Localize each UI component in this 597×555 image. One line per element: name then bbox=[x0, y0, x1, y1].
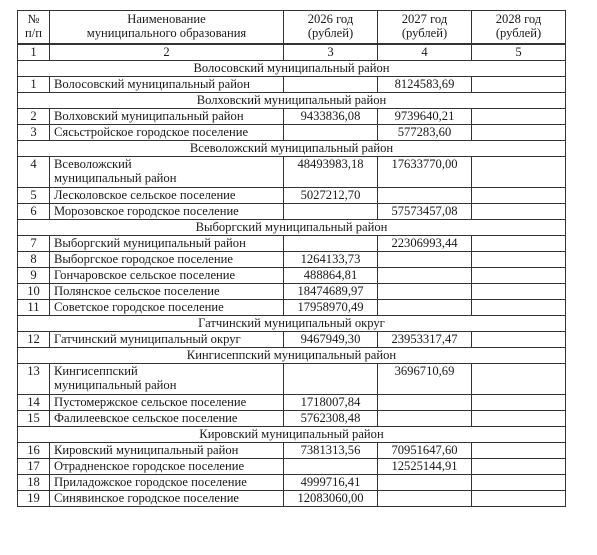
header-2028-line2: (рублей) bbox=[496, 26, 541, 40]
value-2026: 7381313,56 bbox=[284, 443, 378, 459]
header-number-line2: п/п bbox=[25, 26, 42, 40]
row-name: Выборгский муниципальный район bbox=[50, 236, 284, 252]
row-name-line2: муниципальный район bbox=[54, 171, 176, 185]
group-title: Всеволожский муниципальный район bbox=[18, 141, 566, 157]
value-2027 bbox=[378, 268, 472, 284]
header-2026: 2026 год (рублей) bbox=[284, 11, 378, 45]
value-2028 bbox=[472, 252, 566, 268]
value-2026 bbox=[284, 204, 378, 220]
row-number: 6 bbox=[18, 204, 50, 220]
header-2026-line2: (рублей) bbox=[308, 26, 353, 40]
column-number: 5 bbox=[472, 44, 566, 61]
value-2027 bbox=[378, 188, 472, 204]
row-name: Отрадненское городское поселение bbox=[50, 459, 284, 475]
row-name: Советское городское поселение bbox=[50, 300, 284, 316]
table-row: 13Кингисеппскиймуниципальный район369671… bbox=[18, 364, 566, 395]
row-number: 16 bbox=[18, 443, 50, 459]
value-2027: 8124583,69 bbox=[378, 77, 472, 93]
table-row: 8Выборгское городское поселение1264133,7… bbox=[18, 252, 566, 268]
value-2028 bbox=[472, 364, 566, 395]
table-row: 12Гатчинский муниципальный округ9467949,… bbox=[18, 332, 566, 348]
row-name: Полянское сельское поселение bbox=[50, 284, 284, 300]
row-number: 3 bbox=[18, 125, 50, 141]
row-name: Кировский муниципальный район bbox=[50, 443, 284, 459]
value-2026: 48493983,18 bbox=[284, 157, 378, 188]
table-row: 9Гончаровское сельское поселение488864,8… bbox=[18, 268, 566, 284]
value-2026 bbox=[284, 459, 378, 475]
value-2028 bbox=[472, 188, 566, 204]
value-2028 bbox=[472, 157, 566, 188]
group-header-row: Волосовский муниципальный район bbox=[18, 61, 566, 77]
table-row: 19Синявинское городское поселение1208306… bbox=[18, 491, 566, 507]
group-header-row: Кингисеппский муниципальный район bbox=[18, 348, 566, 364]
row-name: Фалилеевское сельское поселение bbox=[50, 411, 284, 427]
row-name: Выборгское городское поселение bbox=[50, 252, 284, 268]
value-2026 bbox=[284, 236, 378, 252]
table-row: 16Кировский муниципальный район7381313,5… bbox=[18, 443, 566, 459]
table-row: 15Фалилеевское сельское поселение5762308… bbox=[18, 411, 566, 427]
value-2026: 5762308,48 bbox=[284, 411, 378, 427]
row-name: Синявинское городское поселение bbox=[50, 491, 284, 507]
header-name-line2: муниципального образования bbox=[87, 26, 246, 40]
row-number: 15 bbox=[18, 411, 50, 427]
table-row: 14Пустомержское сельское поселение171800… bbox=[18, 395, 566, 411]
table-row: 18Приладожское городское поселение499971… bbox=[18, 475, 566, 491]
table-row: 1Волосовский муниципальный район8124583,… bbox=[18, 77, 566, 93]
table-row: 3Сясьстройское городское поселение577283… bbox=[18, 125, 566, 141]
header-name-line1: Наименование bbox=[127, 12, 205, 26]
value-2027: 12525144,91 bbox=[378, 459, 472, 475]
row-number: 17 bbox=[18, 459, 50, 475]
value-2027 bbox=[378, 475, 472, 491]
row-number: 10 bbox=[18, 284, 50, 300]
group-header-row: Волховский муниципальный район bbox=[18, 93, 566, 109]
header-row: № п/п Наименование муниципального образо… bbox=[18, 11, 566, 45]
row-name: Волховский муниципальный район bbox=[50, 109, 284, 125]
value-2026 bbox=[284, 125, 378, 141]
column-number: 4 bbox=[378, 44, 472, 61]
column-number: 1 bbox=[18, 44, 50, 61]
row-name: Лесколовское сельское поселение bbox=[50, 188, 284, 204]
value-2028 bbox=[472, 77, 566, 93]
column-number: 2 bbox=[50, 44, 284, 61]
header-number-line1: № bbox=[27, 12, 39, 26]
table-row: 4Всеволожскиймуниципальный район48493983… bbox=[18, 157, 566, 188]
group-title: Волосовский муниципальный район bbox=[18, 61, 566, 77]
table-row: 2Волховский муниципальный район9433836,0… bbox=[18, 109, 566, 125]
value-2027: 57573457,08 bbox=[378, 204, 472, 220]
value-2026: 4999716,41 bbox=[284, 475, 378, 491]
column-number-row: 1 2 3 4 5 bbox=[18, 44, 566, 61]
table-row: 10Полянское сельское поселение18474689,9… bbox=[18, 284, 566, 300]
row-name: Морозовское городское поселение bbox=[50, 204, 284, 220]
row-name: Приладожское городское поселение bbox=[50, 475, 284, 491]
row-number: 1 bbox=[18, 77, 50, 93]
group-title: Кингисеппский муниципальный район bbox=[18, 348, 566, 364]
group-title: Выборгский муниципальный район bbox=[18, 220, 566, 236]
table-row: 11Советское городское поселение17958970,… bbox=[18, 300, 566, 316]
group-title: Волховский муниципальный район bbox=[18, 93, 566, 109]
header-2027-line2: (рублей) bbox=[402, 26, 447, 40]
group-header-row: Гатчинский муниципальный округ bbox=[18, 316, 566, 332]
value-2026: 9433836,08 bbox=[284, 109, 378, 125]
value-2027 bbox=[378, 252, 472, 268]
row-number: 9 bbox=[18, 268, 50, 284]
value-2028 bbox=[472, 109, 566, 125]
value-2026 bbox=[284, 364, 378, 395]
row-number: 8 bbox=[18, 252, 50, 268]
row-number: 18 bbox=[18, 475, 50, 491]
value-2028 bbox=[472, 395, 566, 411]
value-2026: 17958970,49 bbox=[284, 300, 378, 316]
value-2027: 23953317,47 bbox=[378, 332, 472, 348]
header-name: Наименование муниципального образования bbox=[50, 11, 284, 45]
row-number: 5 bbox=[18, 188, 50, 204]
row-name: Всеволожскиймуниципальный район bbox=[50, 157, 284, 188]
value-2026: 1264133,73 bbox=[284, 252, 378, 268]
value-2028 bbox=[472, 475, 566, 491]
value-2028 bbox=[472, 411, 566, 427]
group-header-row: Всеволожский муниципальный район bbox=[18, 141, 566, 157]
row-name: Пустомержское сельское поселение bbox=[50, 395, 284, 411]
table-row: 6Морозовское городское поселение57573457… bbox=[18, 204, 566, 220]
value-2028 bbox=[472, 236, 566, 252]
row-number: 4 bbox=[18, 157, 50, 188]
column-number: 3 bbox=[284, 44, 378, 61]
value-2027 bbox=[378, 491, 472, 507]
table-row: 17Отрадненское городское поселение125251… bbox=[18, 459, 566, 475]
value-2027 bbox=[378, 395, 472, 411]
header-2027-line1: 2027 год bbox=[402, 12, 448, 26]
group-title: Кировский муниципальный район bbox=[18, 427, 566, 443]
value-2027: 577283,60 bbox=[378, 125, 472, 141]
table-row: 5Лесколовское сельское поселение5027212,… bbox=[18, 188, 566, 204]
row-name: Волосовский муниципальный район bbox=[50, 77, 284, 93]
value-2026: 488864,81 bbox=[284, 268, 378, 284]
value-2026: 1718007,84 bbox=[284, 395, 378, 411]
value-2027: 9739640,21 bbox=[378, 109, 472, 125]
value-2028 bbox=[472, 300, 566, 316]
header-2026-line1: 2026 год bbox=[308, 12, 354, 26]
group-header-row: Выборгский муниципальный район bbox=[18, 220, 566, 236]
row-number: 11 bbox=[18, 300, 50, 316]
row-name-line1: Кингисеппский bbox=[54, 364, 138, 378]
value-2027: 70951647,60 bbox=[378, 443, 472, 459]
value-2026: 5027212,70 bbox=[284, 188, 378, 204]
row-name: Гатчинский муниципальный округ bbox=[50, 332, 284, 348]
value-2028 bbox=[472, 332, 566, 348]
value-2026: 12083060,00 bbox=[284, 491, 378, 507]
value-2027: 3696710,69 bbox=[378, 364, 472, 395]
value-2028 bbox=[472, 204, 566, 220]
row-name: Сясьстройское городское поселение bbox=[50, 125, 284, 141]
row-name: Кингисеппскиймуниципальный район bbox=[50, 364, 284, 395]
group-header-row: Кировский муниципальный район bbox=[18, 427, 566, 443]
row-number: 14 bbox=[18, 395, 50, 411]
group-title: Гатчинский муниципальный округ bbox=[18, 316, 566, 332]
table-body: Волосовский муниципальный район1Волосовс… bbox=[18, 61, 566, 507]
header-2027: 2027 год (рублей) bbox=[378, 11, 472, 45]
row-number: 7 bbox=[18, 236, 50, 252]
row-number: 2 bbox=[18, 109, 50, 125]
value-2027 bbox=[378, 284, 472, 300]
header-2028: 2028 год (рублей) bbox=[472, 11, 566, 45]
value-2028 bbox=[472, 491, 566, 507]
header-number: № п/п bbox=[18, 11, 50, 45]
value-2027: 17633770,00 bbox=[378, 157, 472, 188]
value-2028 bbox=[472, 459, 566, 475]
row-number: 19 bbox=[18, 491, 50, 507]
row-number: 12 bbox=[18, 332, 50, 348]
value-2026: 18474689,97 bbox=[284, 284, 378, 300]
value-2028 bbox=[472, 443, 566, 459]
value-2027 bbox=[378, 300, 472, 316]
value-2028 bbox=[472, 284, 566, 300]
value-2026 bbox=[284, 77, 378, 93]
value-2027: 22306993,44 bbox=[378, 236, 472, 252]
value-2028 bbox=[472, 125, 566, 141]
row-name: Гончаровское сельское поселение bbox=[50, 268, 284, 284]
subsidy-table: № п/п Наименование муниципального образо… bbox=[17, 10, 566, 507]
value-2026: 9467949,30 bbox=[284, 332, 378, 348]
row-number: 13 bbox=[18, 364, 50, 395]
row-name-line2: муниципальный район bbox=[54, 378, 176, 392]
value-2027 bbox=[378, 411, 472, 427]
value-2028 bbox=[472, 268, 566, 284]
header-2028-line1: 2028 год bbox=[496, 12, 542, 26]
table-row: 7Выборгский муниципальный район22306993,… bbox=[18, 236, 566, 252]
row-name-line1: Всеволожский bbox=[54, 157, 132, 171]
